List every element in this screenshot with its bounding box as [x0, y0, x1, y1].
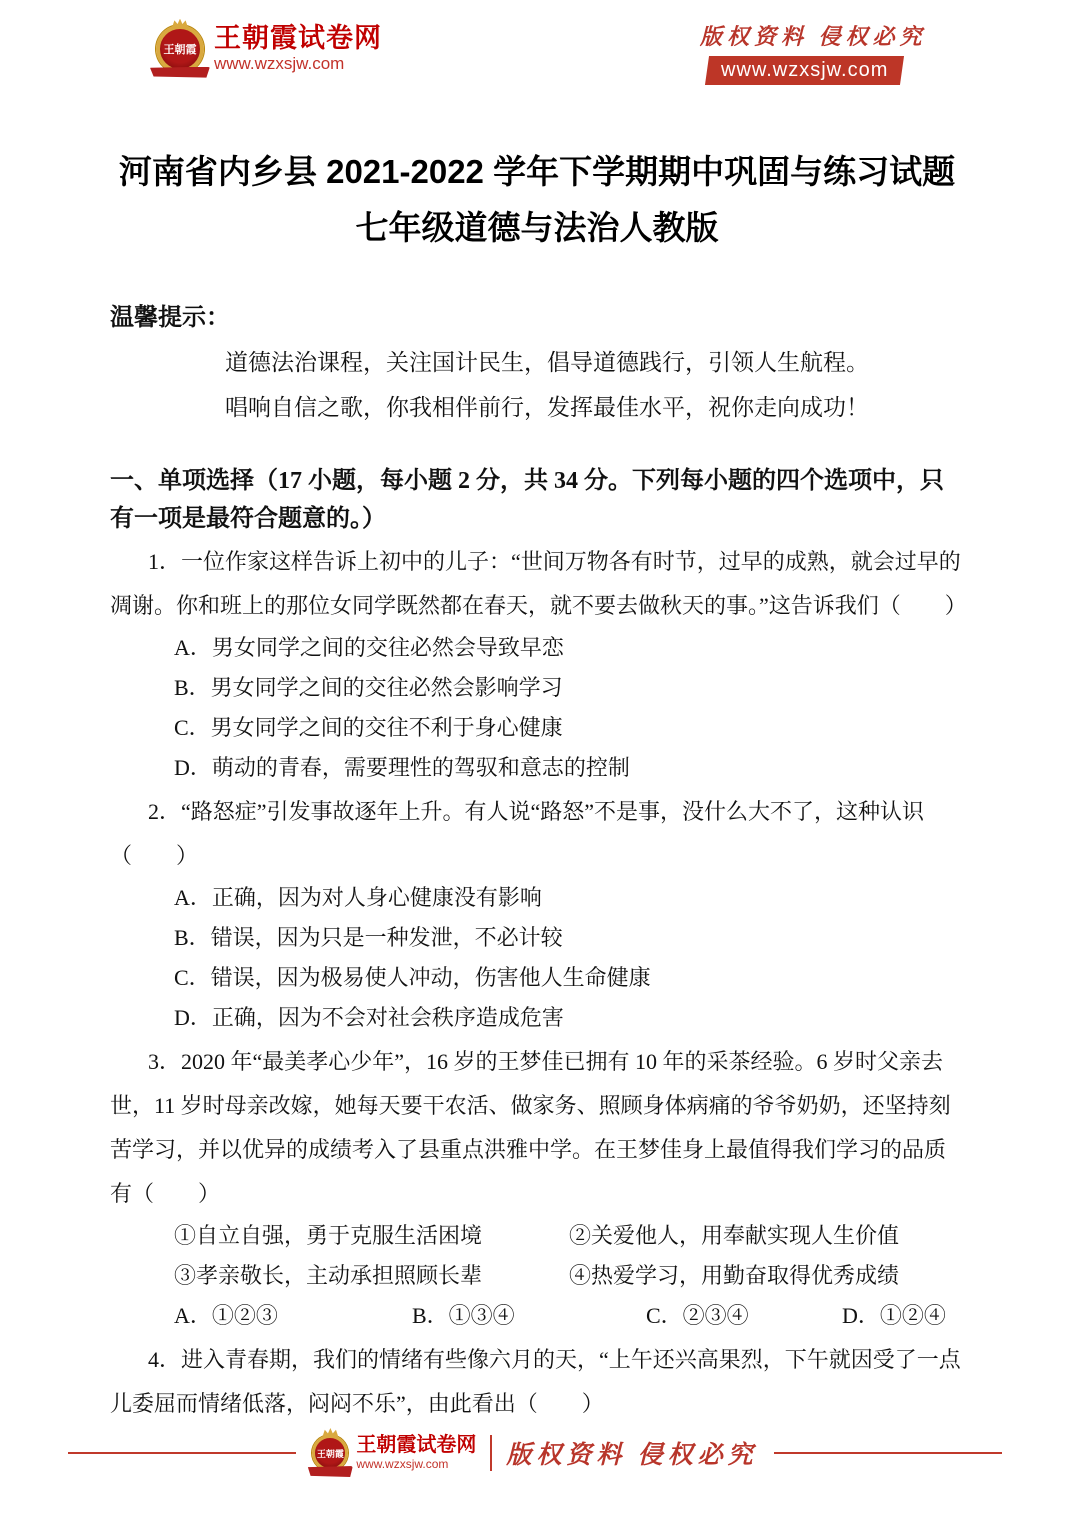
option-b: B．男女同学之间的交往必然会影响学习	[174, 668, 964, 708]
question-stem: 1．一位作家这样告诉上初中的儿子：“世间万物各有时节，过早的成熟，就会过早的凋谢…	[110, 540, 964, 628]
footer-rule-right	[774, 1452, 1002, 1454]
option-a: A．①②③	[174, 1296, 412, 1336]
seal-logo-icon: 王朝霞	[312, 1435, 348, 1471]
exam-paper-page: 王朝霞 王朝霞试卷网 www.wzxsjw.com 版权资料 侵权必究 www.…	[0, 0, 1074, 1517]
choice-row: A．①②③ B．①③④ C．②③④ D．①②④	[174, 1296, 964, 1336]
option-b: B．①③④	[412, 1296, 646, 1336]
notice-label: 温馨提示：	[110, 296, 964, 340]
crown-icon	[172, 19, 188, 28]
option-c: C．②③④	[646, 1296, 842, 1336]
footer-logo: 王朝霞 王朝霞试卷网 www.wzxsjw.com	[312, 1435, 476, 1471]
question-2: 2．“路怒症”引发事故逐年上升。有人说“路怒”不是事，没什么大不了，这种认识（ …	[110, 790, 964, 1038]
section-heading: 一、单项选择（17 小题，每小题 2 分，共 34 分。下列每小题的四个选项中，…	[110, 462, 964, 538]
url-banner: www.wzxsjw.com	[705, 56, 904, 85]
footer-logo-texts: 王朝霞试卷网 www.wzxsjw.com	[356, 1435, 476, 1471]
seal-text: 王朝霞	[317, 1447, 344, 1460]
site-name: 王朝霞试卷网	[214, 24, 382, 52]
footer-center: 王朝霞 王朝霞试卷网 www.wzxsjw.com 版权资料 侵权必究	[296, 1435, 773, 1471]
statement-3: ③孝亲敬长，主动承担照顾长辈	[174, 1256, 569, 1296]
footer-site-url: www.wzxsjw.com	[356, 1458, 476, 1471]
footer-site-name: 王朝霞试卷网	[356, 1435, 476, 1456]
footer-divider	[490, 1435, 492, 1471]
ribbon-icon	[308, 1466, 353, 1477]
page-footer: 王朝霞 王朝霞试卷网 www.wzxsjw.com 版权资料 侵权必究	[68, 1424, 1002, 1482]
notice-line-2: 唱响自信之歌，你我相伴前行，发挥最佳水平，祝你走向成功！	[225, 385, 964, 430]
copyright-slogan: 版权资料 侵权必究	[700, 20, 910, 51]
question-stem: 3．2020 年“最美孝心少年”，16 岁的王梦佳已拥有 10 年的采茶经验。6…	[110, 1040, 964, 1216]
question-stem: 4．进入青春期，我们的情绪有些像六月的天，“上午还兴高果烈，下午就因受了一点儿委…	[110, 1338, 964, 1426]
footer-rule-left	[68, 1452, 296, 1454]
notice-line-1: 道德法治课程，关注国计民生，倡导道德践行，引领人生航程。	[225, 340, 964, 385]
seal-logo-icon: 王朝霞	[156, 25, 204, 73]
footer-slogan: 版权资料 侵权必究	[506, 1435, 757, 1471]
statement-2: ②关爱他人，用奉献实现人生价值	[569, 1216, 964, 1256]
option-c: C．男女同学之间的交往不利于身心健康	[174, 708, 964, 748]
site-logo: 王朝霞 王朝霞试卷网 www.wzxsjw.com	[156, 24, 382, 73]
numbered-statements: ①自立自强，勇于克服生活困境 ②关爱他人，用奉献实现人生价值 ③孝亲敬长，主动承…	[174, 1216, 964, 1296]
option-d: D．①②④	[842, 1296, 964, 1336]
option-a: A．男女同学之间的交往必然会导致早恋	[174, 628, 964, 668]
copyright-block: 版权资料 侵权必究 www.wzxsjw.com	[700, 20, 910, 85]
option-b: B．错误，因为只是一种发泄，不必计较	[174, 918, 964, 958]
document-body: 温馨提示： 道德法治课程，关注国计民生，倡导道德践行，引领人生航程。 唱响自信之…	[110, 296, 964, 1426]
option-a: A．正确，因为对人身心健康没有影响	[174, 878, 964, 918]
statement-1: ①自立自强，勇于克服生活困境	[174, 1216, 569, 1256]
option-d: D．萌动的青春，需要理性的驾驭和意志的控制	[174, 748, 964, 788]
question-3: 3．2020 年“最美孝心少年”，16 岁的王梦佳已拥有 10 年的采茶经验。6…	[110, 1040, 964, 1336]
title-line-1: 河南省内乡县 2021-2022 学年下学期期中巩固与练习试题	[0, 144, 1074, 200]
seal-text: 王朝霞	[164, 41, 197, 57]
question-1: 1．一位作家这样告诉上初中的儿子：“世间万物各有时节，过早的成熟，就会过早的凋谢…	[110, 540, 964, 788]
crown-icon	[322, 1428, 338, 1437]
title-line-2: 七年级道德与法治人教版	[0, 200, 1074, 256]
banner-url: www.wzxsjw.com	[721, 59, 888, 82]
option-c: C．错误，因为极易使人冲动，伤害他人生命健康	[174, 958, 964, 998]
option-d: D．正确，因为不会对社会秩序造成危害	[174, 998, 964, 1038]
statement-4: ④热爱学习，用勤奋取得优秀成绩	[569, 1256, 964, 1296]
page-title: 河南省内乡县 2021-2022 学年下学期期中巩固与练习试题 七年级道德与法治…	[0, 144, 1074, 256]
site-url: www.wzxsjw.com	[214, 55, 382, 73]
logo-texts: 王朝霞试卷网 www.wzxsjw.com	[214, 24, 382, 73]
question-stem: 2．“路怒症”引发事故逐年上升。有人说“路怒”不是事，没什么大不了，这种认识（ …	[110, 790, 964, 878]
ribbon-icon	[150, 67, 210, 78]
question-4: 4．进入青春期，我们的情绪有些像六月的天，“上午还兴高果烈，下午就因受了一点儿委…	[110, 1338, 964, 1426]
